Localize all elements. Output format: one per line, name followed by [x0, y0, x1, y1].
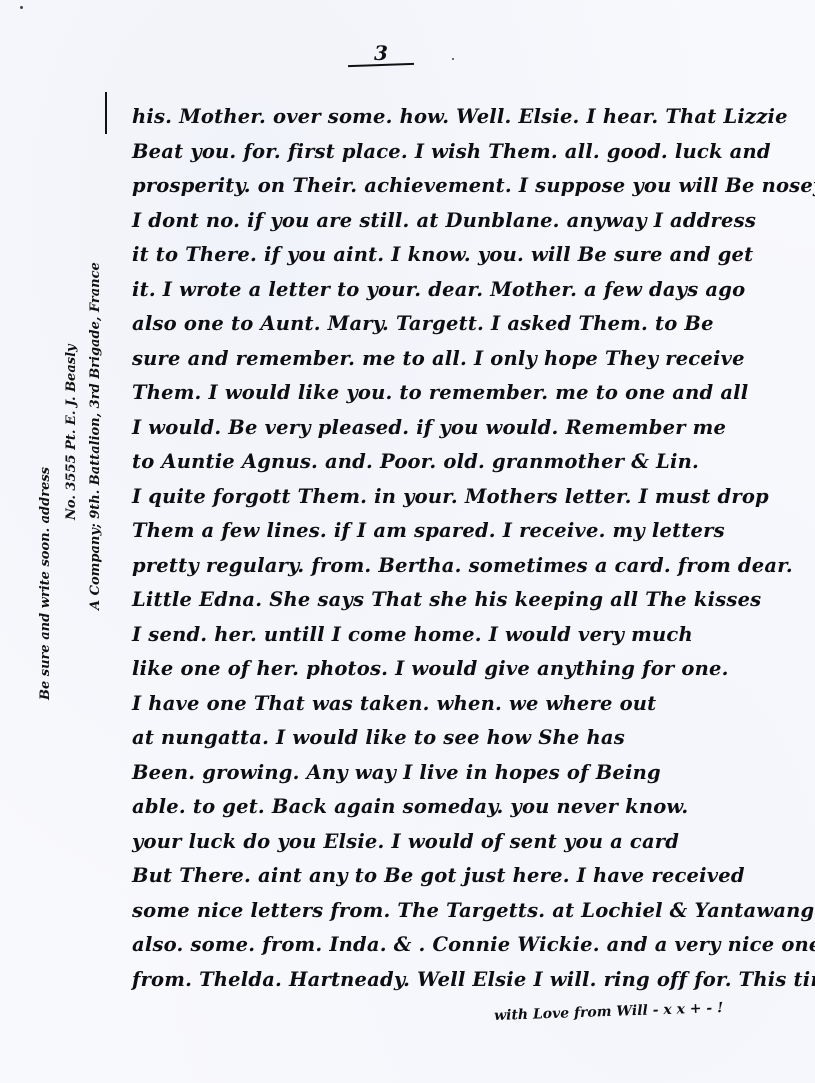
margin-underline [105, 92, 107, 134]
letter-line: Them a few lines. if I am spared. I rece… [132, 514, 802, 549]
letter-line: I have one That was taken. when. we wher… [132, 687, 802, 722]
margin-note-unit-address: A Company; 9th. Battalion, 3rd Brigade, … [88, 262, 103, 610]
letter-line: But There. aint any to Be got just here.… [132, 859, 802, 894]
letter-line: I dont no. if you are still. at Dunblane… [132, 204, 802, 239]
margin-note-write-soon: Be sure and write soon. address [38, 467, 53, 700]
letter-line: able. to get. Back again someday. you ne… [132, 790, 802, 825]
letter-line: also one to Aunt. Mary. Targett. I asked… [132, 307, 802, 342]
letter-line: his. Mother. over some. how. Well. Elsie… [132, 100, 802, 135]
paper-speck [20, 6, 23, 9]
letter-line: pretty regulary. from. Bertha. sometimes… [132, 549, 802, 584]
letter-line: it. I wrote a letter to your. dear. Moth… [132, 273, 802, 308]
signoff: with Love from Will - x x + - ! [494, 1000, 724, 1024]
letter-line: some nice letters from. The Targetts. at… [132, 894, 802, 929]
letter-line: Them. I would like you. to remember. me … [132, 376, 802, 411]
letter-line: Beat you. for. first place. I wish Them.… [132, 135, 802, 170]
letter-body: his. Mother. over some. how. Well. Elsie… [132, 100, 802, 997]
margin-note-service-number: No. 3555 Pt. E. J. Beasly [64, 344, 79, 520]
letter-line: Little Edna. She says That she his keepi… [132, 583, 802, 618]
letter-line: at nungatta. I would like to see how She… [132, 721, 802, 756]
letter-line: your luck do you Elsie. I would of sent … [132, 825, 802, 860]
paper-speck [452, 58, 454, 60]
page-number: 3 [350, 42, 412, 64]
letter-line: to Auntie Agnus. and. Poor. old. granmot… [132, 445, 802, 480]
letter-line: prosperity. on Their. achievement. I sup… [132, 169, 802, 204]
letter-line: from. Thelda. Hartneady. Well Elsie I wi… [132, 963, 802, 998]
letter-line: I send. her. untill I come home. I would… [132, 618, 802, 653]
letter-line: like one of her. photos. I would give an… [132, 652, 802, 687]
letter-line: it to There. if you aint. I know. you. w… [132, 238, 802, 273]
letter-line: also. some. from. Inda. & . Connie Wicki… [132, 928, 802, 963]
letter-line: I would. Be very pleased. if you would. … [132, 411, 802, 446]
letter-line: sure and remember. me to all. I only hop… [132, 342, 802, 377]
letter-page: 3 Be sure and write soon. address No. 35… [0, 0, 815, 1083]
letter-line: Been. growing. Any way I live in hopes o… [132, 756, 802, 791]
letter-line: I quite forgott Them. in your. Mothers l… [132, 480, 802, 515]
